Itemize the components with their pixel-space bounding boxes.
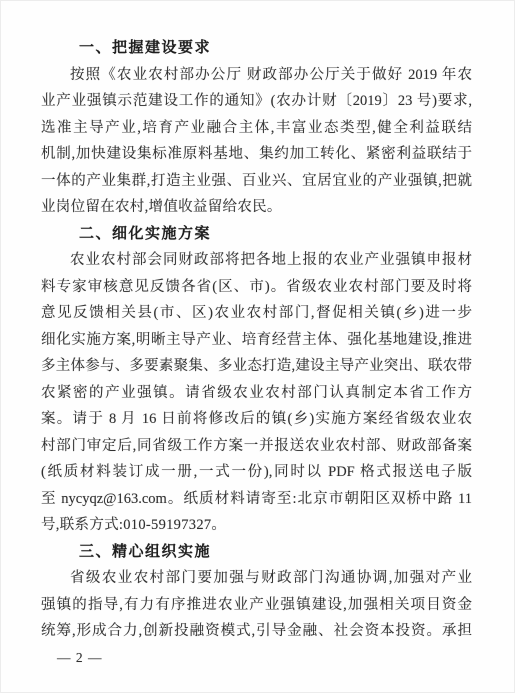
document-body: 一、把握建设要求按照《农业农村部办公厅 财政部办公厅关于做好 2019 年农业产… [41,35,472,645]
section-heading: 一、把握建设要求 [41,35,472,62]
document-page: 一、把握建设要求按照《农业农村部办公厅 财政部办公厅关于做好 2019 年农业产… [0,0,515,693]
text-line: 案。请于 8 月 16 日前将修改后的镇(乡)实施方案经省级农业农 [41,406,472,433]
text-line: 号,联系方式:010-59197327。 [41,512,472,539]
page-footer: — 2 — [57,649,103,666]
section-heading: 三、精心组织实施 [41,539,472,566]
text-line: 意见反馈相关县(市、区)农业农村部门,督促相关镇(乡)进一步 [41,300,472,327]
text-line: 多主体参与、多要素聚集、多业态打造,建设主导产业突出、联农带 [41,353,472,380]
text-line: 业产业强镇示范建设工作的通知》(农办计财〔2019〕23 号)要求, [41,88,472,115]
text-line: 选准主导产业,培育产业融合主体,丰富业态类型,健全利益联结 [41,115,472,142]
text-line: 农紧密的产业强镇。请省级农业农村部门认真制定本省工作方 [41,380,472,407]
text-line: (纸质材料装订成一册,一式一份),同时以 PDF 格式报送电子版 [41,459,472,486]
section-heading: 二、细化实施方案 [41,221,472,248]
text-line: 料专家审核意见反馈各省(区、市)。省级农业农村部门要及时将 [41,274,472,301]
text-line: 农业农村部会同财政部将把各地上报的农业产业强镇申报材 [41,247,472,274]
text-line: 至 nycyqz@163.com。纸质材料请寄至:北京市朝阳区双桥中路 11 [41,486,472,513]
text-line: 强镇的指导,有力有序推进农业产业强镇建设,加强相关项目资金 [41,592,472,619]
text-line: 省级农业农村部门要加强与财政部门沟通协调,加强对产业 [41,565,472,592]
text-line: 业岗位留在农村,增值收益留给农民。 [41,194,472,221]
text-line: 村部门审定后,同省级工作方案一并报送农业农村部、财政部备案 [41,433,472,460]
page-number: — 2 — [57,650,103,665]
text-line: 按照《农业农村部办公厅 财政部办公厅关于做好 2019 年农 [41,62,472,89]
text-line: 机制,加快建设集标准原料基地、集约加工转化、紧密利益联结于 [41,141,472,168]
text-line: 一体的产业集群,打造主业强、百业兴、宜居宜业的产业强镇,把就 [41,168,472,195]
text-line: 细化实施方案,明晰主导产业、培育经营主体、强化基地建设,推进 [41,327,472,354]
text-line: 统筹,形成合力,创新投融资模式,引导金融、社会资本投资。承担 [41,618,472,645]
